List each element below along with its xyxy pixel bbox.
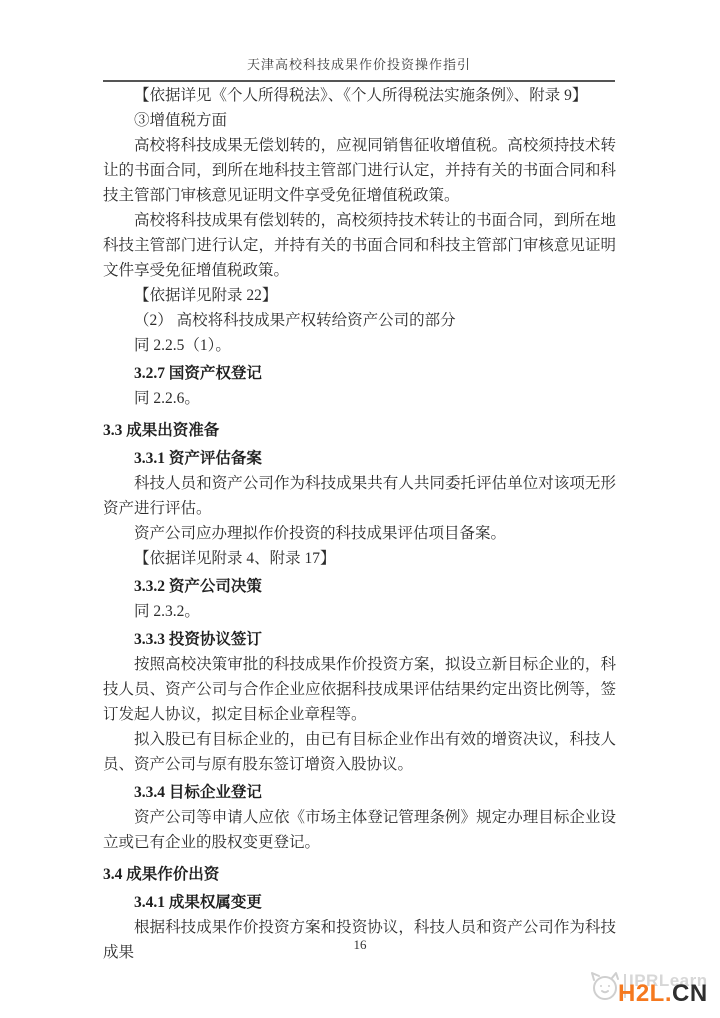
paragraph: 高校将科技成果无偿划转的，应视同销售征收增值税。高校须持技术转让的书面合同，到所… (103, 133, 616, 208)
paragraph: 资产公司等申请人应依《市场主体登记管理条例》规定办理目标企业设立或已有企业的股权… (103, 805, 616, 855)
paragraph: 同 2.2.6。 (103, 386, 616, 411)
paragraph: ③增值税方面 (103, 108, 616, 133)
subsection-heading: 3.3.3 投资协议签订 (103, 627, 616, 652)
watermark-brand-dot: . (665, 980, 672, 1007)
section-heading: 3.3 成果出资准备 (103, 418, 616, 443)
watermark-brand: H2L.CN (618, 980, 708, 1008)
document-page: 天津高校科技成果作价投资操作指引 【依据详见《个人所得税法》、《个人所得税法实施… (0, 0, 720, 1018)
subsection-heading: 3.3.2 资产公司决策 (103, 574, 616, 599)
subsection-heading: 3.3.1 资产评估备案 (103, 446, 616, 471)
paragraph: （2） 高校将科技成果产权转给资产公司的部分 (103, 308, 616, 333)
document-body: 【依据详见《个人所得税法》、《个人所得税法实施条例》、附录 9】③增值税方面高校… (103, 83, 616, 965)
paragraph: 资产公司应办理拟作价投资的科技成果评估项目备案。 (103, 521, 616, 546)
paragraph: 同 2.2.5（1）。 (103, 333, 616, 358)
watermark-brand-h2l: H2L (618, 980, 665, 1007)
paragraph: 高校将科技成果有偿划转的，高校须持技术转让的书面合同，到所在地科技主管部门进行认… (103, 208, 616, 283)
paragraph: 按照高校决策审批的科技成果作价投资方案，拟设立新目标企业的，科技人员、资产公司与… (103, 652, 616, 727)
watermark: IPRLearn H2L.CN (588, 968, 716, 1010)
paragraph: 【依据详见附录 22】 (103, 283, 616, 308)
paragraph: 【依据详见《个人所得税法》、《个人所得税法实施条例》、附录 9】 (103, 83, 616, 108)
page-number: 16 (0, 937, 720, 953)
subsection-heading: 3.3.4 目标企业登记 (103, 780, 616, 805)
paragraph: 【依据详见附录 4、附录 17】 (103, 546, 616, 571)
subsection-heading: 3.4.1 成果权属变更 (103, 890, 616, 915)
paragraph: 科技人员和资产公司作为科技成果共有人共同委托评估单位对该项无形资产进行评估。 (103, 471, 616, 521)
paragraph: 拟入股已有目标企业的，由已有目标企业作出有效的增资决议，科技人员、资产公司与原有… (103, 727, 616, 777)
paragraph: 同 2.3.2。 (103, 599, 616, 624)
page-header: 天津高校科技成果作价投资操作指引 (103, 54, 615, 82)
header-title: 天津高校科技成果作价投资操作指引 (103, 54, 615, 73)
subsection-heading: 3.2.7 国资产权登记 (103, 361, 616, 386)
watermark-brand-cn: CN (672, 980, 708, 1007)
section-heading: 3.4 成果作价出资 (103, 862, 616, 887)
cat-mascot-icon (588, 970, 622, 1007)
